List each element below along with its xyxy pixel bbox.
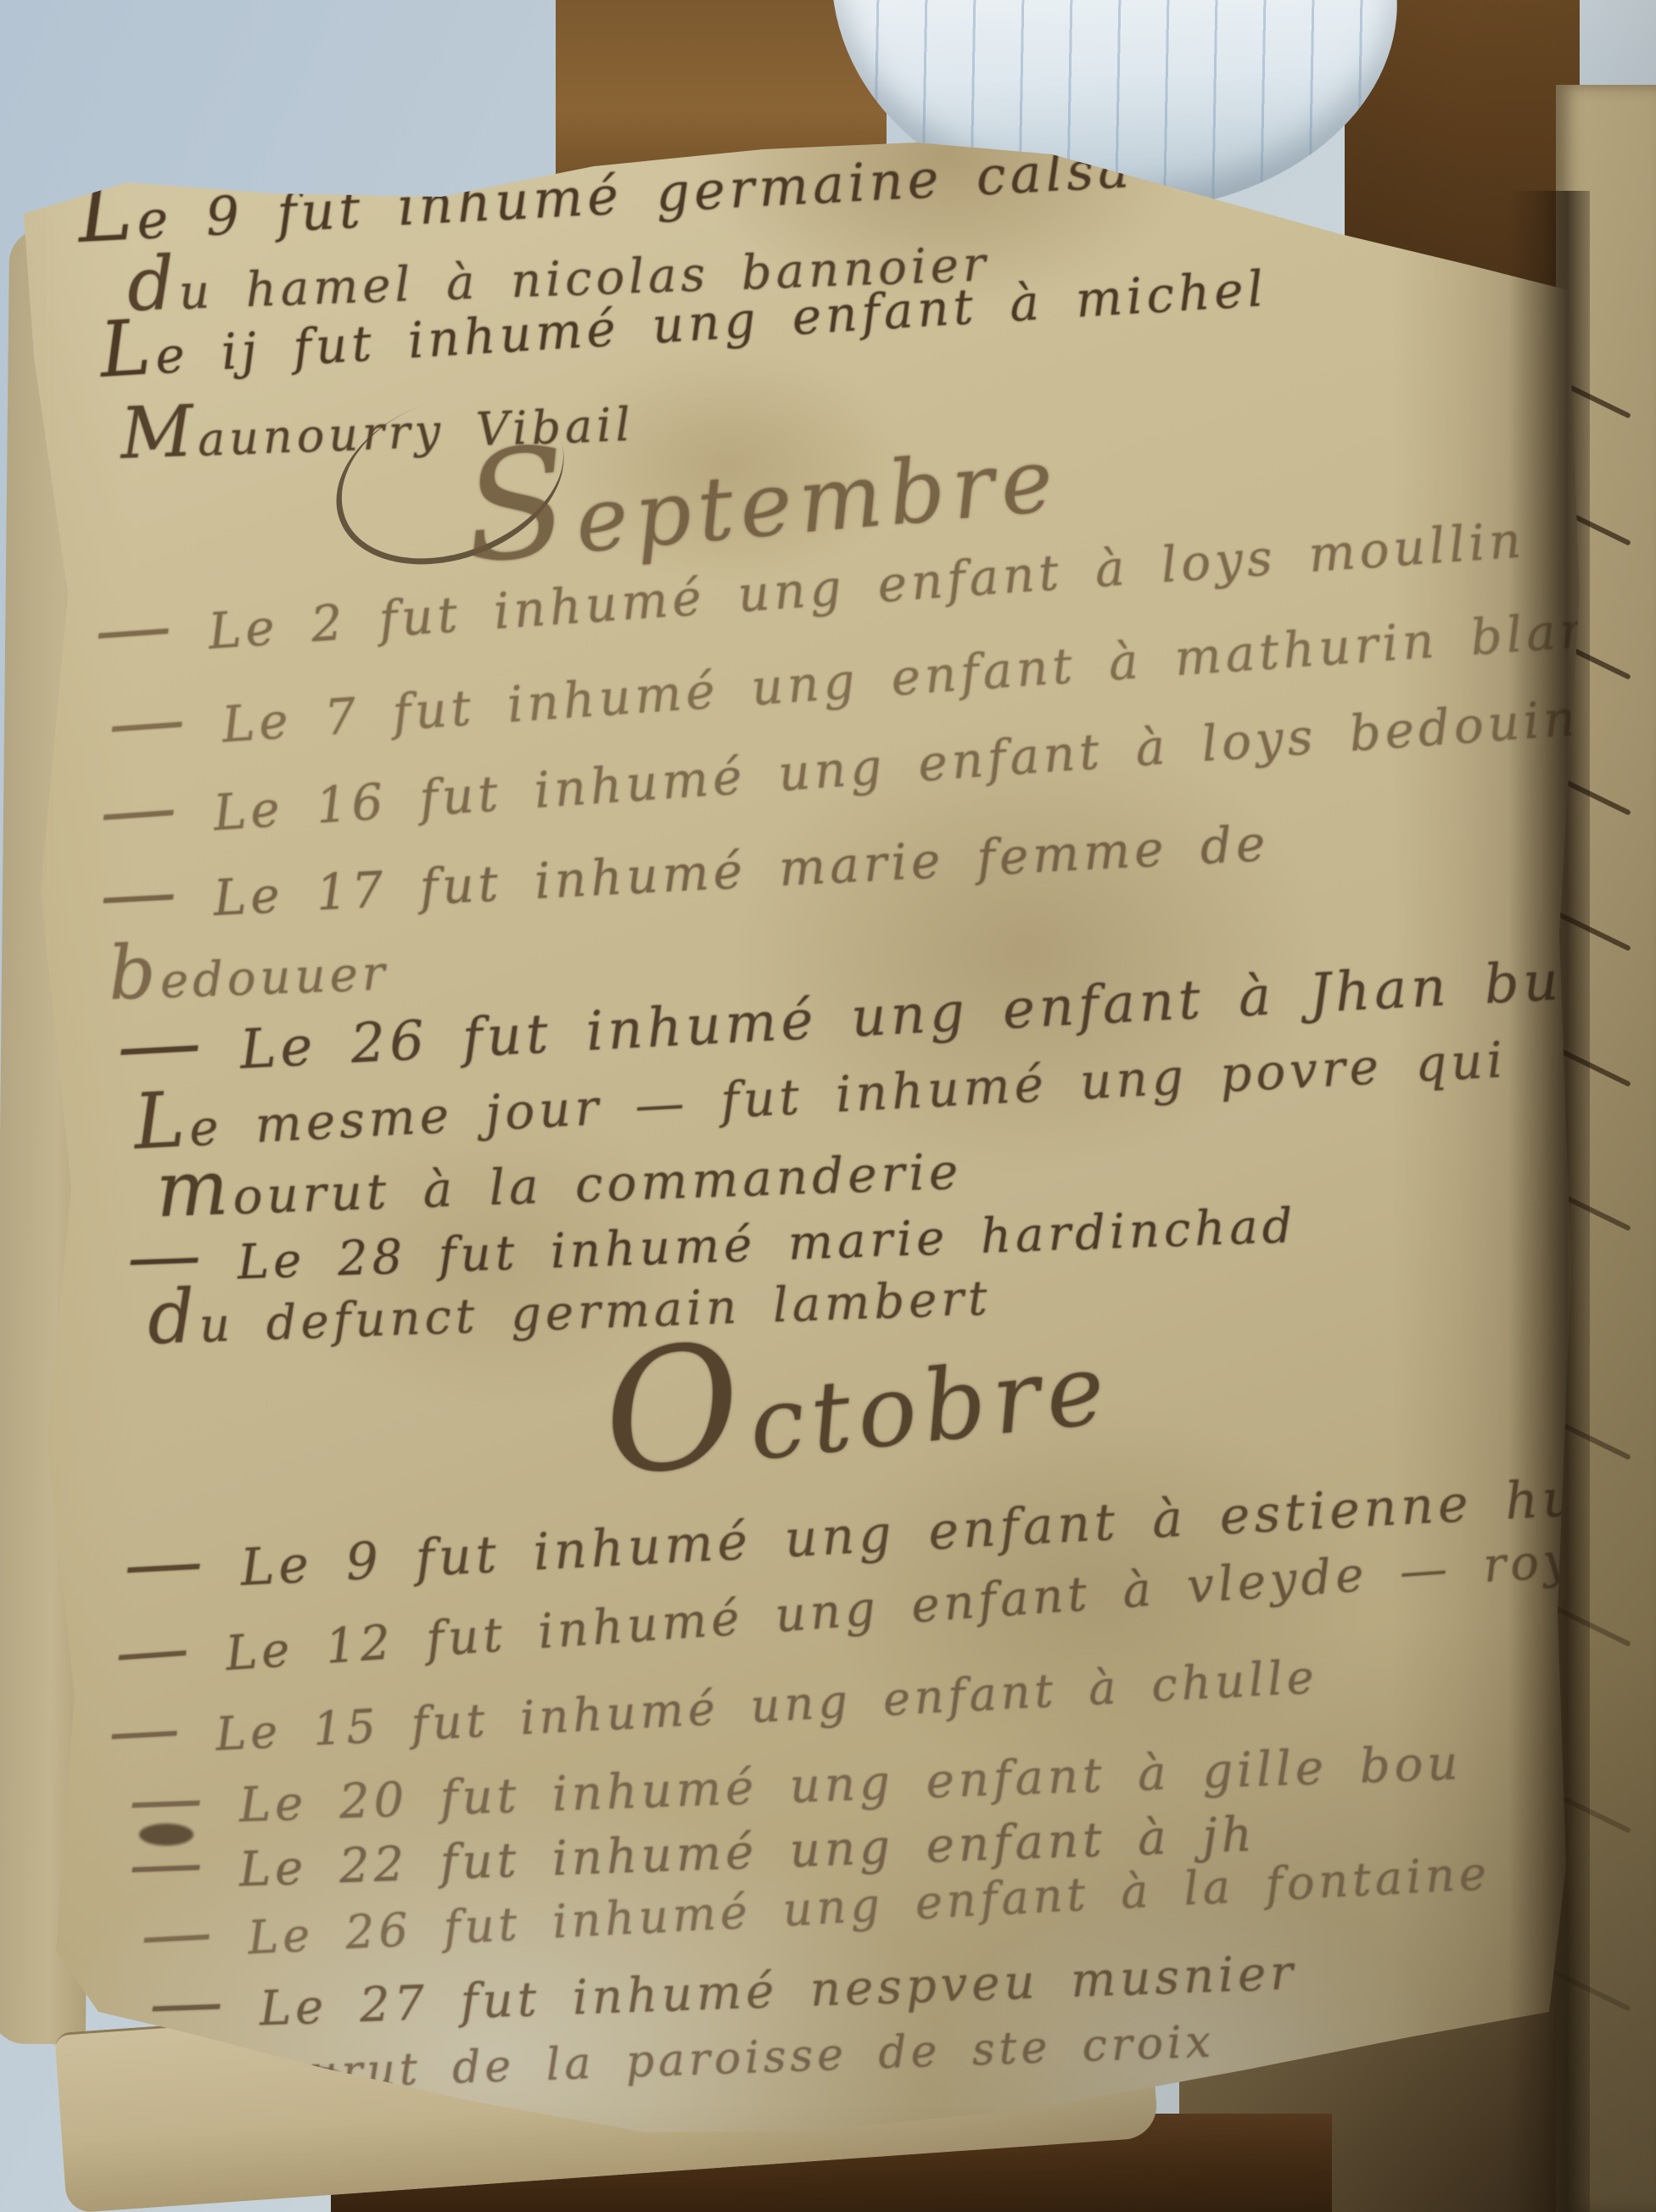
manuscript-page: Le 9 fut inhumé germaine calsa bouchier … (0, 0, 1656, 2212)
manuscript-photo: Le 9 fut inhumé germaine calsa bouchier … (0, 0, 1656, 2212)
book-gutter-shadow (1508, 191, 1590, 2212)
